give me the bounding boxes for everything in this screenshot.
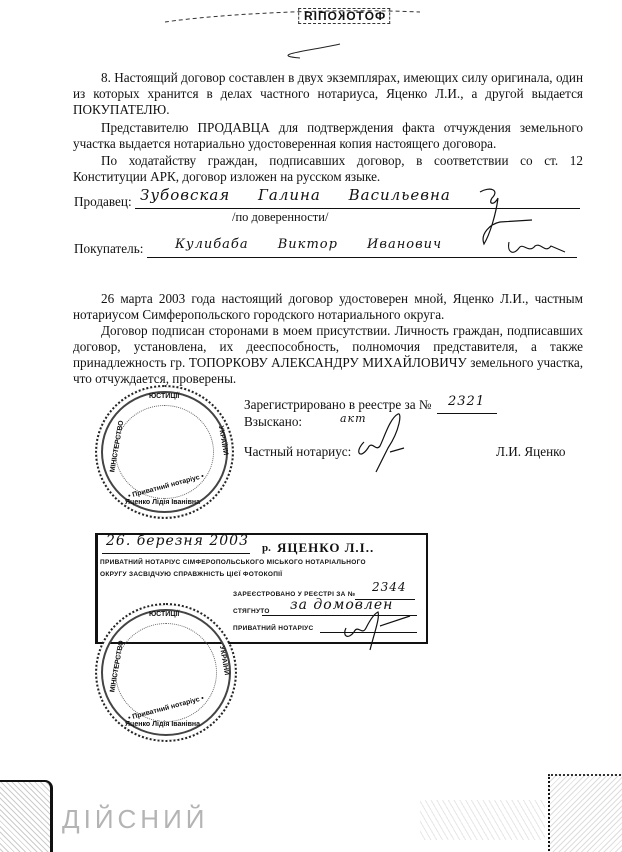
seller-label: Продавец:	[74, 194, 132, 210]
certification-paragraph: 26 марта 2003 года настоящий договор удо…	[73, 291, 583, 323]
registry-number: 2321	[448, 394, 485, 409]
seller-proxy-note: /по доверенности/	[232, 210, 328, 225]
notary-name: Л.И. Яценко	[496, 444, 565, 460]
stamp-signature-icon	[340, 606, 420, 656]
buyer-signature-icon	[505, 236, 575, 260]
notary-label: Частный нотариус:	[244, 444, 351, 460]
seller-handwritten-name: Зубовская Галина Васильевна	[140, 186, 451, 204]
buyer-handwritten-name: Кулибаба Виктор Иванович	[175, 237, 442, 252]
photocopy-stamp: ФОТОКОПІЯ	[298, 8, 390, 24]
notary-signature-icon	[350, 408, 430, 478]
stamp-line-1: ПРИВАТНИЙ НОТАРІУС СІМФЕРОПОЛЬСЬКОГО МІС…	[100, 559, 366, 566]
stamp-date: 26. березня 2003	[106, 533, 249, 549]
clause-8: 8. Настоящий договор составлен в двух эк…	[73, 70, 583, 118]
stamp-year-suffix: р.	[262, 542, 271, 554]
notary-seal: ЮСТИЦІЇ МІНІСТЕРСТВО УКРАЇНИ • Приватний…	[95, 385, 234, 519]
bottom-left-stamp	[0, 780, 53, 852]
verification-paragraph: Договор подписан сторонами в моем присут…	[73, 323, 583, 387]
bottom-right-smudge	[420, 800, 545, 840]
stamp-notary-label: ПРИВАТНИЙ НОТАРІУС	[233, 625, 314, 632]
bottom-right-stamp	[548, 774, 622, 852]
stamp-notary-name: ЯЦЕНКО Л.І..	[277, 540, 374, 556]
stamp-line-2: ОКРУГУ ЗАСВІДЧУЮ СПРАВЖНІСТЬ ЦІЄЇ ФОТОКО…	[100, 571, 282, 578]
language-paragraph: По ходатайству граждан, подписавших дого…	[73, 153, 583, 185]
stamp-registry-number: 2344	[372, 580, 407, 594]
collected-label: Взыскано:	[244, 414, 302, 430]
notary-seal-2: ЮСТИЦІЇ МІНІСТЕРСТВО УКРАЇНИ • Приватний…	[95, 603, 237, 742]
bottom-stamp-text: ДІЙСНИЙ	[62, 804, 208, 835]
seller-copy-paragraph: Представителю ПРОДАВЦА для подтверждения…	[73, 120, 583, 152]
buyer-label: Покупатель:	[74, 241, 143, 257]
